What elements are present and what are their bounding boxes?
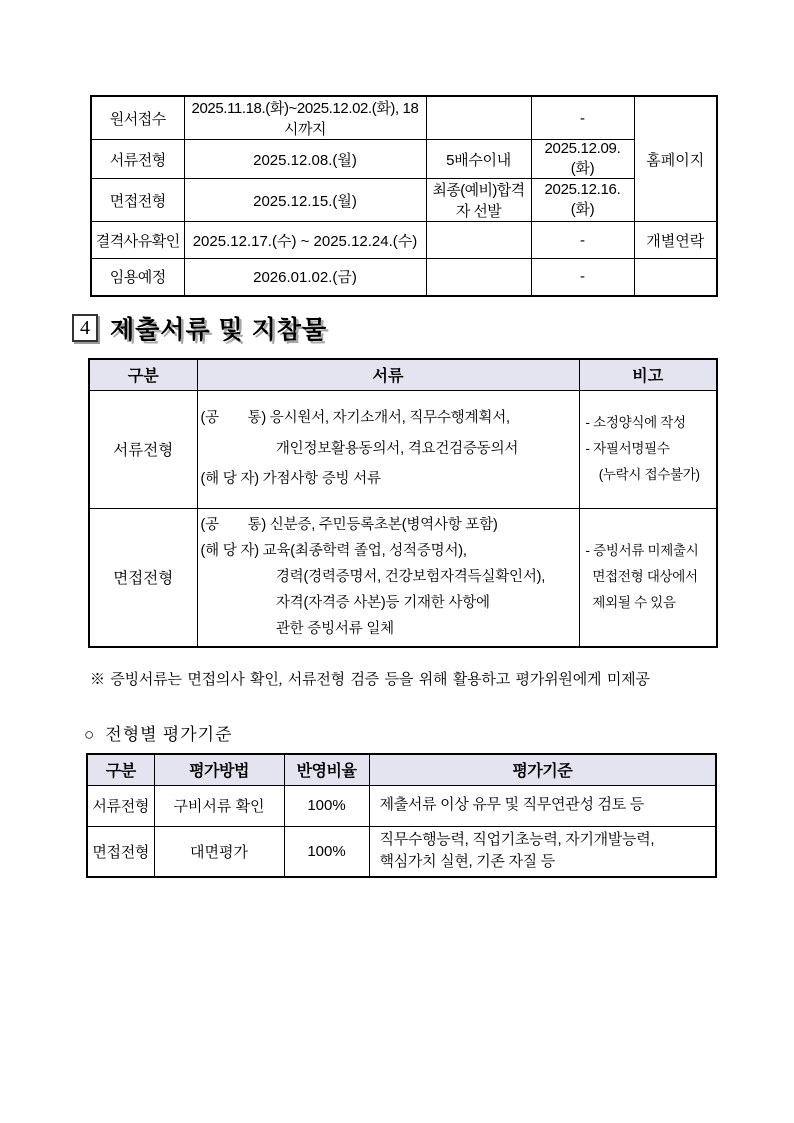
schedule-announce-method bbox=[634, 259, 717, 296]
document-page: { "colors": { "page_bg": "#ffffff", "tab… bbox=[0, 0, 794, 1123]
criteria-header-ratio: 반영비율 bbox=[284, 754, 369, 785]
schedule-period: 2025.12.17.(수) ~ 2025.12.24.(수) bbox=[184, 222, 426, 259]
documents-header-category: 구분 bbox=[89, 359, 197, 390]
schedule-row: 임용예정 2026.01.02.(금) - bbox=[91, 259, 717, 296]
criteria-table: 구분 평가방법 반영비율 평가기준 서류전형 구비서류 확인 100% 제출서류… bbox=[86, 753, 717, 878]
criteria-header-row: 구분 평가방법 반영비율 평가기준 bbox=[87, 754, 716, 785]
schedule-announce-method: 홈페이지 bbox=[634, 96, 717, 222]
schedule-row: 면접전형 2025.12.15.(월) 최종(예비)합격자 선발 2025.12… bbox=[91, 179, 717, 222]
documents-header-documents: 서류 bbox=[197, 359, 579, 390]
criteria-header-criteria: 평가기준 bbox=[369, 754, 716, 785]
schedule-step-label: 서류전형 bbox=[91, 140, 184, 179]
remark-note: ※ 증빙서류는 면접의사 확인, 서류전형 검증 등을 위해 활용하고 평가위원… bbox=[90, 668, 730, 689]
documents-row: 서류전형 (공 통) 응시원서, 자기소개서, 직무수행계획서, 개인정보활용동… bbox=[89, 390, 717, 508]
criteria-heading: ○전형별 평가기준 bbox=[84, 720, 233, 745]
criteria-category: 서류전형 bbox=[87, 785, 154, 826]
documents-header-row: 구분 서류 비고 bbox=[89, 359, 717, 390]
schedule-selection: 최종(예비)합격자 선발 bbox=[426, 179, 531, 222]
schedule-period: 2025.12.15.(월) bbox=[184, 179, 426, 222]
schedule-selection bbox=[426, 259, 531, 296]
documents-note: - 증빙서류 미제출시 면접전형 대상에서 제외될 수 있음 bbox=[579, 508, 717, 647]
documents-list: (공 통) 신분증, 주민등록초본(병역사항 포함) (해 당 자) 교육(최종… bbox=[197, 508, 579, 647]
criteria-row: 서류전형 구비서류 확인 100% 제출서류 이상 유무 및 직무연관성 검토 … bbox=[87, 785, 716, 826]
schedule-announce-date: 2025.12.16.(화) bbox=[531, 179, 634, 222]
schedule-step-label: 원서접수 bbox=[91, 96, 184, 140]
schedule-row: 서류전형 2025.12.08.(월) 5배수이내 2025.12.09.(화) bbox=[91, 140, 717, 179]
schedule-step-label: 결격사유확인 bbox=[91, 222, 184, 259]
criteria-text: 직무수행능력, 직업기초능력, 자기개발능력, 핵심가치 실현, 기존 자질 등 bbox=[369, 826, 716, 877]
schedule-row: 원서접수 2025.11.18.(화)~2025.12.02.(화), 18시까… bbox=[91, 96, 717, 140]
criteria-ratio: 100% bbox=[284, 826, 369, 877]
criteria-text: 제출서류 이상 유무 및 직무연관성 검토 등 bbox=[369, 785, 716, 826]
criteria-header-category: 구분 bbox=[87, 754, 154, 785]
criteria-header-method: 평가방법 bbox=[154, 754, 284, 785]
criteria-heading-title: 전형별 평가기준 bbox=[105, 725, 232, 744]
criteria-method: 구비서류 확인 bbox=[154, 785, 284, 826]
documents-category: 면접전형 bbox=[89, 508, 197, 647]
schedule-row: 결격사유확인 2025.12.17.(수) ~ 2025.12.24.(수) -… bbox=[91, 222, 717, 259]
schedule-table: 원서접수 2025.11.18.(화)~2025.12.02.(화), 18시까… bbox=[90, 95, 718, 297]
schedule-selection bbox=[426, 222, 531, 259]
documents-category: 서류전형 bbox=[89, 390, 197, 508]
section-title: 제출서류 및 지참물 bbox=[110, 310, 327, 346]
criteria-ratio: 100% bbox=[284, 785, 369, 826]
schedule-announce-method: 개별연락 bbox=[634, 222, 717, 259]
schedule-announce-date: - bbox=[531, 96, 634, 140]
schedule-period: 2025.11.18.(화)~2025.12.02.(화), 18시까지 bbox=[184, 96, 426, 140]
schedule-step-label: 임용예정 bbox=[91, 259, 184, 296]
circle-bullet-icon: ○ bbox=[84, 725, 95, 744]
section-number-box: 4 bbox=[72, 314, 98, 342]
schedule-announce-date: - bbox=[531, 259, 634, 296]
documents-table: 구분 서류 비고 서류전형 (공 통) 응시원서, 자기소개서, 직무수행계획서… bbox=[88, 358, 718, 648]
schedule-step-label: 면접전형 bbox=[91, 179, 184, 222]
criteria-category: 면접전형 bbox=[87, 826, 154, 877]
schedule-announce-date: 2025.12.09.(화) bbox=[531, 140, 634, 179]
schedule-selection: 5배수이내 bbox=[426, 140, 531, 179]
documents-header-note: 비고 bbox=[579, 359, 717, 390]
criteria-method: 대면평가 bbox=[154, 826, 284, 877]
documents-note: - 소정양식에 작성 - 자필서명필수 (누락시 접수불가) bbox=[579, 390, 717, 508]
schedule-announce-date: - bbox=[531, 222, 634, 259]
schedule-period: 2026.01.02.(금) bbox=[184, 259, 426, 296]
documents-row: 면접전형 (공 통) 신분증, 주민등록초본(병역사항 포함) (해 당 자) … bbox=[89, 508, 717, 647]
documents-list: (공 통) 응시원서, 자기소개서, 직무수행계획서, 개인정보활용동의서, 격… bbox=[197, 390, 579, 508]
schedule-selection bbox=[426, 96, 531, 140]
criteria-row: 면접전형 대면평가 100% 직무수행능력, 직업기초능력, 자기개발능력, 핵… bbox=[87, 826, 716, 877]
schedule-period: 2025.12.08.(월) bbox=[184, 140, 426, 179]
section-heading: 4 제출서류 및 지참물 bbox=[72, 310, 327, 346]
